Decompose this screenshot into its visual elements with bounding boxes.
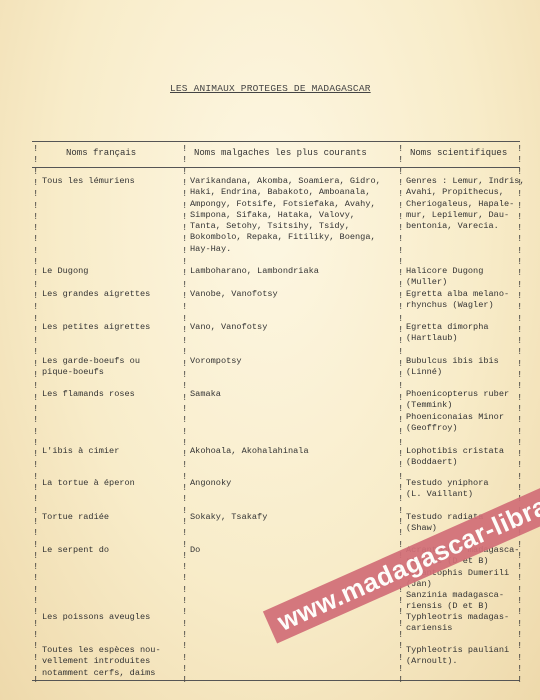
row-cattle-egret-scientific: Bubulcus ibis ibis (Linné) — [406, 356, 499, 379]
row-little-egret-scientific: Egretta dimorpha (Hartlaub) — [406, 322, 489, 345]
row-great-egret-french: Les grandes aigrettes — [42, 289, 150, 300]
header-bottom-rule — [32, 167, 520, 168]
row-radiated-tortoise-malagasy: Sokaky, Tsakafy — [190, 512, 267, 523]
row-ibis-scientific: Lophotibis cristata (Boddaert) — [406, 446, 504, 469]
row-little-egret-french: Les petites aigrettes — [42, 322, 150, 333]
document-page: LES ANIMAUX PROTEGES DE MADAGASCAR Noms … — [0, 0, 540, 700]
row-boa-malagasy: Do — [190, 545, 200, 556]
row-little-egret-malagasy: Vano, Vanofotsy — [190, 322, 267, 333]
row-angonoka-malagasy: Angonoky — [190, 478, 231, 489]
row-lemurs-scientific: Genres : Lemur, Indris, Avahi, Propithec… — [406, 176, 525, 232]
row-introduced-french: Toutes les espèces nou- vellement introd… — [42, 645, 161, 679]
row-ibis-french: L'ibis à cimier — [42, 446, 119, 457]
header-scientific: Noms scientifiques — [410, 148, 507, 158]
row-great-egret-malagasy: Vanobe, Vanofotsy — [190, 289, 278, 300]
row-introduced-scientific: Typhleotris pauliani (Arnoult). — [406, 645, 509, 668]
row-cattle-egret-malagasy: Vorompotsy — [190, 356, 242, 367]
row-boa-french: Le serpent do — [42, 545, 109, 556]
row-lemurs-malagasy: Varikandana, Akomba, Soamiera, Gidro, Ha… — [190, 176, 381, 255]
row-dugong-french: Le Dugong — [42, 266, 88, 277]
document-title: LES ANIMAUX PROTEGES DE MADAGASCAR — [170, 83, 371, 94]
table-bottom-rule — [32, 680, 520, 681]
row-angonoka-scientific: Testudo yniphora (L. Vaillant) — [406, 478, 489, 501]
row-blind-fish-scientific: Typhleotris madagas- cariensis — [406, 612, 509, 635]
row-radiated-tortoise-french: Tortue radiée — [42, 512, 109, 523]
row-dugong-scientific: Halicore Dugong (Muller) — [406, 266, 483, 289]
row-great-egret-scientific: Egretta alba melano- rhynchus (Wagler) — [406, 289, 509, 312]
row-cattle-egret-french: Les garde-boeufs ou pique-boeufs — [42, 356, 140, 379]
header-malagasy: Noms malgaches les plus courants — [194, 148, 367, 158]
row-dugong-malagasy: Lamboharano, Lambondriaka — [190, 266, 319, 277]
header-french: Noms français — [66, 148, 136, 158]
row-angonoka-french: La tortue à éperon — [42, 478, 135, 489]
row-lemurs-french: Tous les lémuriens — [42, 176, 135, 187]
row-ibis-malagasy: Akohoala, Akohalahinala — [190, 446, 309, 457]
row-flamingo-scientific: Phoenicopterus ruber (Temmink) Phoenicon… — [406, 389, 509, 434]
row-flamingo-french: Les flamands roses — [42, 389, 135, 400]
row-flamingo-malagasy: Samaka — [190, 389, 221, 400]
row-blind-fish-french: Les poissons aveugles — [42, 612, 150, 623]
table-top-rule — [32, 141, 520, 142]
